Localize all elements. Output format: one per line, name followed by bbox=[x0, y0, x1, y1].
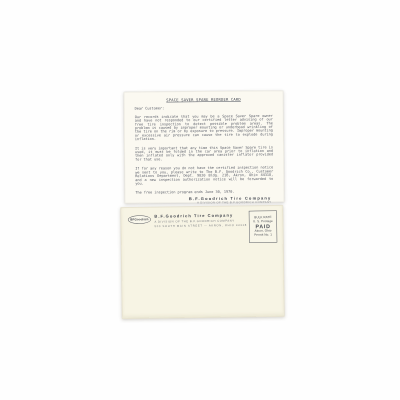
recall-letter-card: SPACE SAVER SPARE REORDER CARD Dear Cust… bbox=[124, 90, 285, 203]
letter-paragraph-1: Our records indicate that you may be a S… bbox=[135, 114, 273, 141]
bfgoodrich-logo-text: BFGoodrich bbox=[130, 218, 148, 221]
letter-salutation: Dear Customer: bbox=[135, 106, 273, 111]
postal-indicia-box: BULK RATE U. S. Postage PAID Akron, Ohio… bbox=[249, 210, 277, 242]
envelope-company-tagline: A DIVISION OF THE B.F.GOODRICH COMPANY bbox=[154, 219, 249, 223]
envelope-printing: BFGoodrich B.F.Goodrich Tire Company A D… bbox=[121, 206, 284, 318]
letter-content: SPACE SAVER SPARE REORDER CARD Dear Cust… bbox=[135, 94, 274, 205]
product-photo-backdrop: SPACE SAVER SPARE REORDER CARD Dear Cust… bbox=[0, 0, 400, 400]
bfgoodrich-oval-logo: BFGoodrich bbox=[128, 215, 151, 224]
letter-paragraph-2: It is very important that any time this … bbox=[135, 146, 273, 162]
letter-heading: SPACE SAVER SPARE REORDER CARD bbox=[135, 97, 273, 102]
envelope-street-address: 500 SOUTH MAIN STREET — AKRON, OHIO 4431… bbox=[154, 224, 249, 228]
letter-closing-line: The free inspection program ends June 30… bbox=[135, 190, 273, 195]
envelope-company-name: B.F.Goodrich Tire Company bbox=[154, 213, 249, 219]
mailer-envelope: BFGoodrich B.F.Goodrich Tire Company A D… bbox=[120, 205, 285, 319]
indicia-permit: Permit No. 1 bbox=[254, 233, 272, 237]
letter-paragraph-3: If for any reason you do not have the ce… bbox=[135, 166, 273, 186]
envelope-return-address-block: B.F.Goodrich Tire Company A DIVISION OF … bbox=[154, 213, 249, 228]
